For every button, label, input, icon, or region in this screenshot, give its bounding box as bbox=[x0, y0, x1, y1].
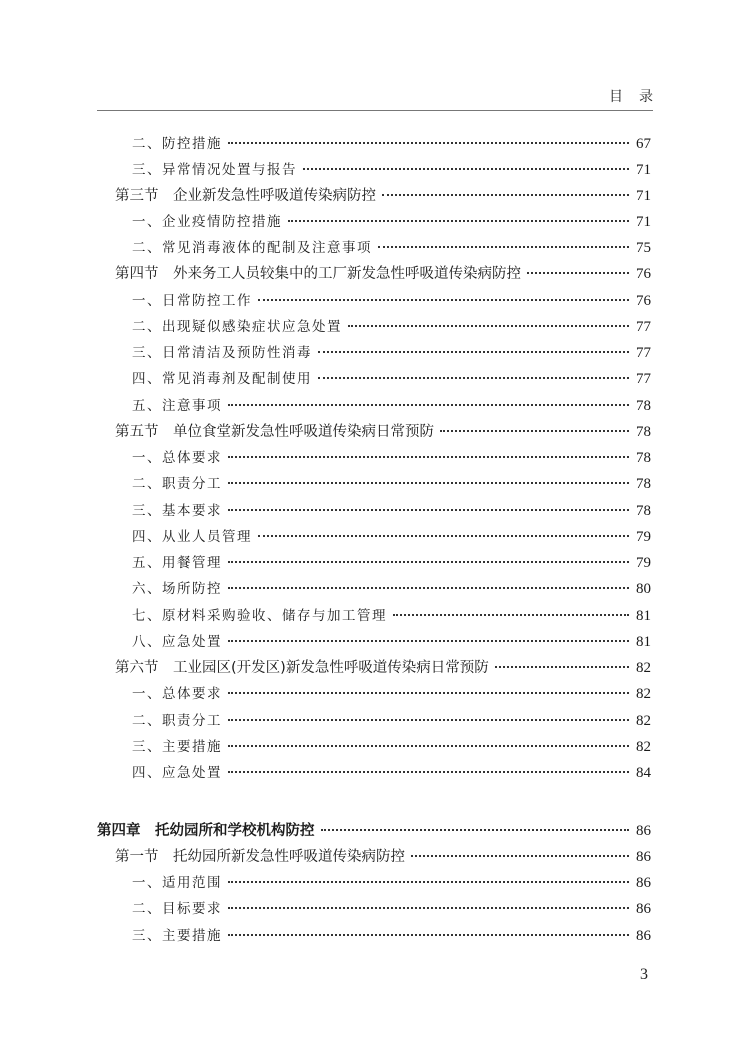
dot-leader bbox=[228, 719, 629, 721]
toc-entry-page: 78 bbox=[635, 450, 651, 467]
toc-entry-item[interactable]: 一、总体要求78 bbox=[132, 446, 651, 470]
dot-leader bbox=[382, 194, 629, 196]
toc-entry-title: 二、目标要求 bbox=[132, 897, 222, 917]
toc-entry-title: 三、异常情况处置与报告 bbox=[132, 158, 297, 178]
toc-entry-item[interactable]: 三、异常情况处置与报告71 bbox=[132, 158, 651, 182]
toc-entry-page: 78 bbox=[635, 398, 651, 415]
dot-leader bbox=[258, 299, 629, 301]
running-head: 目录 bbox=[97, 86, 653, 106]
toc-entry-item[interactable]: 四、从业人员管理79 bbox=[132, 525, 651, 549]
toc-entry-page: 77 bbox=[635, 371, 651, 388]
toc-entry-title: 第三节 企业新发急性呼吸道传染病防控 bbox=[115, 184, 376, 205]
dot-leader bbox=[318, 351, 629, 353]
toc-entry-page: 82 bbox=[635, 739, 651, 756]
toc-entry-page: 71 bbox=[635, 214, 651, 231]
toc-entry-page: 82 bbox=[635, 660, 651, 677]
dot-leader bbox=[228, 404, 629, 406]
dot-leader bbox=[288, 220, 629, 222]
toc-entry-page: 81 bbox=[635, 634, 651, 651]
toc-entry-page: 86 bbox=[635, 823, 651, 840]
dot-leader bbox=[228, 745, 629, 747]
toc-entry-item[interactable]: 七、原材料采购验收、储存与加工管理81 bbox=[132, 604, 651, 628]
toc-entry-page: 76 bbox=[635, 266, 651, 283]
toc-entry-title: 三、日常清洁及预防性消毒 bbox=[132, 341, 312, 361]
toc-entry-page: 78 bbox=[635, 424, 651, 441]
dot-leader bbox=[228, 771, 629, 773]
dot-leader bbox=[228, 934, 629, 936]
toc-entry-page: 77 bbox=[635, 345, 651, 362]
toc-entry-title: 三、主要措施 bbox=[132, 735, 222, 755]
toc-entry-section[interactable]: 第六节 工业园区(开发区)新发急性呼吸道传染病日常预防82 bbox=[115, 656, 651, 680]
toc-entry-item[interactable]: 三、主要措施86 bbox=[132, 924, 651, 948]
toc-entry-title: 三、基本要求 bbox=[132, 499, 222, 519]
toc-entry-page: 77 bbox=[635, 319, 651, 336]
toc-entry-item[interactable]: 一、适用范围86 bbox=[132, 871, 651, 895]
toc-entry-page: 86 bbox=[635, 928, 651, 945]
toc-entry-item[interactable]: 一、企业疫情防控措施71 bbox=[132, 210, 651, 234]
toc-entry-title: 二、防控措施 bbox=[132, 132, 222, 152]
toc-entry-section[interactable]: 第五节 单位食堂新发急性呼吸道传染病日常预防78 bbox=[115, 420, 651, 444]
toc-entry-page: 84 bbox=[635, 765, 651, 782]
toc-entry-page: 67 bbox=[635, 136, 651, 153]
toc-entry-item[interactable]: 五、用餐管理79 bbox=[132, 551, 651, 575]
toc-entry-title: 二、职责分工 bbox=[132, 709, 222, 729]
toc-entry-title: 一、总体要求 bbox=[132, 446, 222, 466]
toc-entry-item[interactable]: 二、目标要求86 bbox=[132, 897, 651, 921]
dot-leader bbox=[495, 666, 629, 668]
toc-entry-title: 八、应急处置 bbox=[132, 630, 222, 650]
toc-entry-title: 一、企业疫情防控措施 bbox=[132, 210, 282, 230]
toc-entry-title: 一、总体要求 bbox=[132, 682, 222, 702]
toc-entry-title: 二、职责分工 bbox=[132, 472, 222, 492]
toc-entry-title: 七、原材料采购验收、储存与加工管理 bbox=[132, 604, 387, 624]
toc-entry-item[interactable]: 二、防控措施67 bbox=[132, 132, 651, 156]
toc-entry-title: 二、常见消毒液体的配制及注意事项 bbox=[132, 236, 372, 256]
toc-entry-title: 一、日常防控工作 bbox=[132, 289, 252, 309]
toc-entry-item[interactable]: 八、应急处置81 bbox=[132, 630, 651, 654]
toc-entry-item[interactable]: 一、总体要求82 bbox=[132, 682, 651, 706]
toc-entry-page: 82 bbox=[635, 686, 651, 703]
toc-entry-page: 80 bbox=[635, 581, 651, 598]
toc-entry-page: 81 bbox=[635, 608, 651, 625]
toc-entry-item[interactable]: 二、职责分工78 bbox=[132, 472, 651, 496]
toc-entry-title: 四、应急处置 bbox=[132, 761, 222, 781]
dot-leader bbox=[393, 614, 629, 616]
toc-entry-section[interactable]: 第一节 托幼园所新发急性呼吸道传染病防控86 bbox=[115, 845, 651, 869]
toc-entry-title: 二、出现疑似感染症状应急处置 bbox=[132, 315, 342, 335]
toc-entry-title: 四、从业人员管理 bbox=[132, 525, 252, 545]
dot-leader bbox=[303, 168, 629, 170]
dot-leader bbox=[378, 246, 629, 248]
toc-entry-page: 71 bbox=[635, 188, 651, 205]
toc-entry-chapter[interactable]: 第四章 托幼园所和学校机构防控86 bbox=[97, 819, 651, 843]
toc-entry-page: 86 bbox=[635, 849, 651, 866]
toc-entry-title: 第四章 托幼园所和学校机构防控 bbox=[97, 819, 315, 840]
dot-leader bbox=[228, 509, 629, 511]
dot-leader bbox=[318, 377, 629, 379]
dot-leader bbox=[228, 907, 629, 909]
dot-leader bbox=[228, 482, 629, 484]
dot-leader bbox=[228, 561, 629, 563]
toc-entry-page: 76 bbox=[635, 293, 651, 310]
dot-leader bbox=[348, 325, 629, 327]
dot-leader bbox=[527, 272, 629, 274]
toc-entry-item[interactable]: 四、应急处置84 bbox=[132, 761, 651, 785]
dot-leader bbox=[228, 640, 629, 642]
toc-entry-page: 86 bbox=[635, 875, 651, 892]
toc-entry-title: 六、场所防控 bbox=[132, 577, 222, 597]
toc-entry-page: 79 bbox=[635, 555, 651, 572]
dot-leader bbox=[228, 456, 629, 458]
dot-leader bbox=[228, 881, 629, 883]
toc-entry-title: 第五节 单位食堂新发急性呼吸道传染病日常预防 bbox=[115, 420, 434, 441]
dot-leader bbox=[411, 855, 629, 857]
toc-entry-item[interactable]: 二、常见消毒液体的配制及注意事项75 bbox=[132, 236, 651, 260]
toc-entry-title: 一、适用范围 bbox=[132, 871, 222, 891]
toc-entry-title: 五、注意事项 bbox=[132, 394, 222, 414]
page-number: 3 bbox=[640, 966, 648, 984]
toc-entry-title: 第四节 外来务工人员较集中的工厂新发急性呼吸道传染病防控 bbox=[115, 262, 521, 283]
toc-entry-title: 第一节 托幼园所新发急性呼吸道传染病防控 bbox=[115, 845, 405, 866]
toc-entry-item[interactable]: 五、注意事项78 bbox=[132, 394, 651, 418]
toc-entry-page: 79 bbox=[635, 529, 651, 546]
dot-leader bbox=[228, 692, 629, 694]
toc-entry-page: 78 bbox=[635, 503, 651, 520]
toc-entry-page: 86 bbox=[635, 901, 651, 918]
toc-entry-item[interactable]: 一、日常防控工作76 bbox=[132, 289, 651, 313]
header-rule bbox=[97, 110, 653, 111]
toc-entry-title: 四、常见消毒剂及配制使用 bbox=[132, 367, 312, 387]
toc-entry-title: 三、主要措施 bbox=[132, 924, 222, 944]
toc-entry-item[interactable]: 二、职责分工82 bbox=[132, 709, 651, 733]
dot-leader bbox=[228, 142, 629, 144]
toc-entry-page: 82 bbox=[635, 713, 651, 730]
toc-entry-title: 第六节 工业园区(开发区)新发急性呼吸道传染病日常预防 bbox=[115, 656, 489, 677]
toc-entry-section[interactable]: 第三节 企业新发急性呼吸道传染病防控71 bbox=[115, 184, 651, 208]
running-head-text: 目录 bbox=[609, 89, 669, 105]
toc-entry-page: 75 bbox=[635, 240, 651, 257]
toc-entry-item[interactable]: 二、出现疑似感染症状应急处置77 bbox=[132, 315, 651, 339]
toc-entry-title: 五、用餐管理 bbox=[132, 551, 222, 571]
dot-leader bbox=[321, 829, 630, 831]
dot-leader bbox=[258, 535, 629, 537]
toc-entry-section[interactable]: 第四节 外来务工人员较集中的工厂新发急性呼吸道传染病防控76 bbox=[115, 262, 651, 286]
toc-entry-item[interactable]: 六、场所防控80 bbox=[132, 577, 651, 601]
toc-entry-page: 78 bbox=[635, 476, 651, 493]
toc-entry-item[interactable]: 三、基本要求78 bbox=[132, 499, 651, 523]
toc-entry-item[interactable]: 四、常见消毒剂及配制使用77 bbox=[132, 367, 651, 391]
dot-leader bbox=[440, 430, 629, 432]
toc-entry-item[interactable]: 三、日常清洁及预防性消毒77 bbox=[132, 341, 651, 365]
dot-leader bbox=[228, 587, 629, 589]
toc-entry-page: 71 bbox=[635, 162, 651, 179]
toc-entry-item[interactable]: 三、主要措施82 bbox=[132, 735, 651, 759]
